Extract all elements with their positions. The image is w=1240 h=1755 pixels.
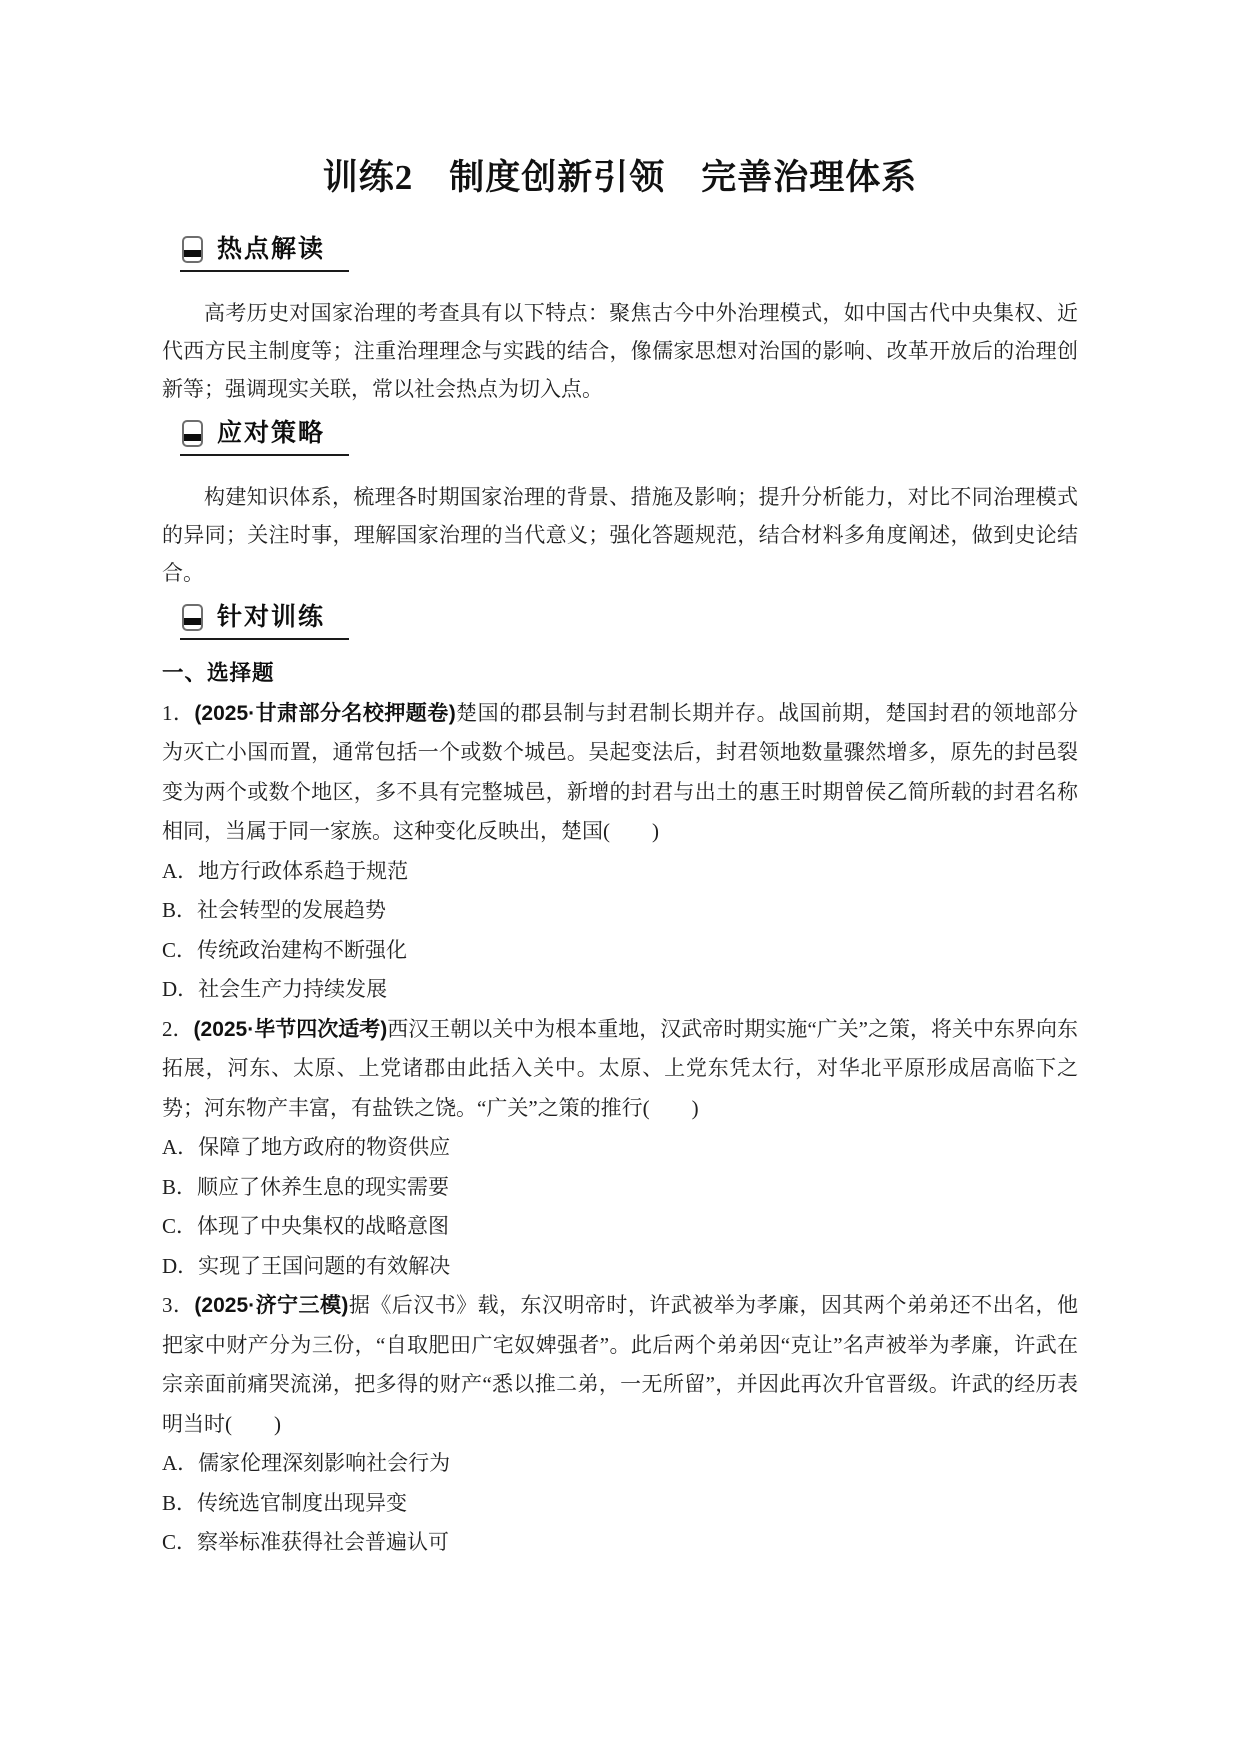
document-page: 训练2 制度创新引领 完善治理体系 热点解读 高考历史对国家治理的考查具有以下特… (0, 0, 1240, 1755)
section-header-hotspot-analysis: 热点解读 (180, 236, 349, 272)
question-1-source: (2025·甘肃部分名校押题卷) (194, 702, 455, 725)
question-1-option-c: C．传统政治建构不断强化 (162, 931, 1078, 971)
section-heading: 针对训练 (217, 604, 325, 631)
question-3-option-a: A．儒家伦理深刻影响社会行为 (162, 1444, 1078, 1484)
booklet-badge-icon (182, 604, 203, 631)
question-1-number: 1． (162, 701, 194, 725)
question-3-stem: 3．(2025·济宁三模)据《后汉书》载，东汉明帝时，许武被举为孝廉，因其两个弟… (162, 1286, 1078, 1444)
question-2-source: (2025·毕节四次适考) (194, 1018, 388, 1041)
booklet-badge-band (184, 434, 201, 441)
exercise-section: 一、选择题 1．(2025·甘肃部分名校押题卷)楚国的郡县制与封君制长期并存。战… (162, 654, 1078, 1563)
section-body-strategy: 构建知识体系，梳理各时期国家治理的背景、措施及影响；提升分析能力，对比不同治理模… (162, 478, 1078, 592)
section-heading: 应对策略 (217, 420, 325, 447)
page-title: 训练2 制度创新引领 完善治理体系 (162, 0, 1078, 200)
question-1-option-a: A．地方行政体系趋于规范 (162, 852, 1078, 892)
question-1-option-d: D．社会生产力持续发展 (162, 970, 1078, 1010)
question-1-stem: 1．(2025·甘肃部分名校押题卷)楚国的郡县制与封君制长期并存。战国前期，楚国… (162, 694, 1078, 852)
question-2-option-d: D．实现了王国问题的有效解决 (162, 1247, 1078, 1287)
booklet-badge-icon (182, 420, 203, 447)
page-content: 训练2 制度创新引领 完善治理体系 热点解读 高考历史对国家治理的考查具有以下特… (162, 0, 1078, 1563)
booklet-badge-icon (182, 236, 203, 263)
question-3-source: (2025·济宁三模) (194, 1294, 348, 1317)
question-3-option-b: B．传统选官制度出现异变 (162, 1484, 1078, 1524)
booklet-badge-band (184, 250, 201, 257)
question-1-option-b: B．社会转型的发展趋势 (162, 891, 1078, 931)
question-2-option-c: C．体现了中央集权的战略意图 (162, 1207, 1078, 1247)
part-label-multiple-choice: 一、选择题 (162, 654, 1078, 694)
section-header-training: 针对训练 (180, 604, 349, 640)
question-2-number: 2． (162, 1017, 194, 1041)
question-3-option-c: C．察举标准获得社会普遍认可 (162, 1523, 1078, 1563)
section-heading: 热点解读 (217, 236, 325, 263)
booklet-badge-band (184, 618, 201, 625)
question-3-number: 3． (162, 1293, 194, 1317)
question-2-option-a: A．保障了地方政府的物资供应 (162, 1128, 1078, 1168)
section-header-strategy: 应对策略 (180, 420, 349, 456)
question-2-option-b: B．顺应了休养生息的现实需要 (162, 1168, 1078, 1208)
section-body-hotspot-analysis: 高考历史对国家治理的考查具有以下特点：聚焦古今中外治理模式，如中国古代中央集权、… (162, 294, 1078, 408)
question-2-stem: 2．(2025·毕节四次适考)西汉王朝以关中为根本重地，汉武帝时期实施“广关”之… (162, 1010, 1078, 1129)
